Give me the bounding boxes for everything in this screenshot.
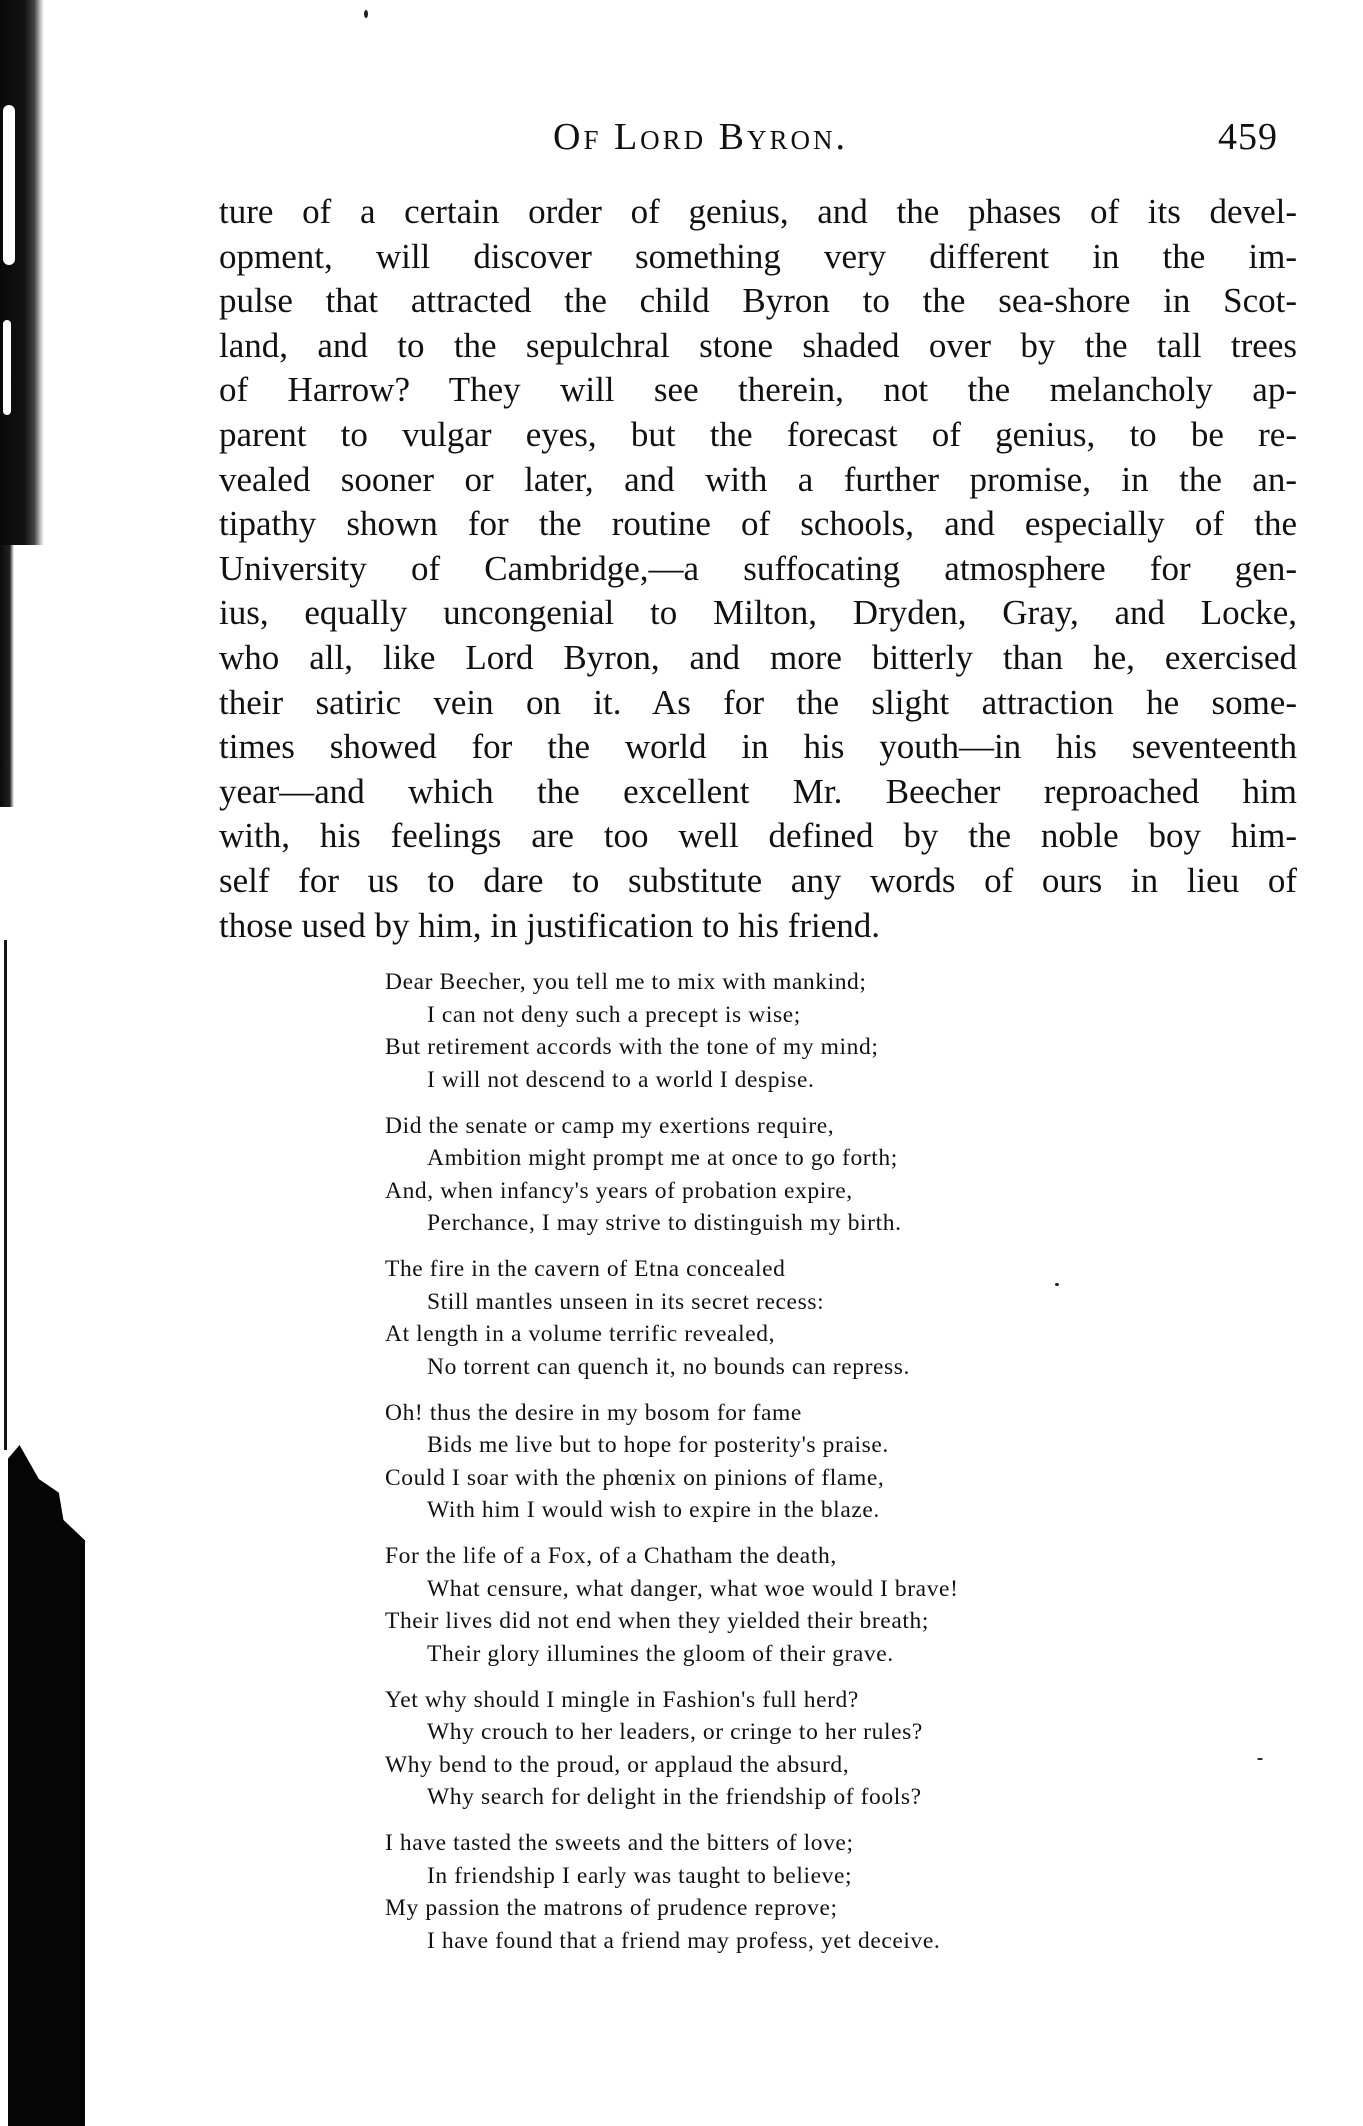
verse-line: I can not deny such a precept is wise; <box>385 999 959 1032</box>
verse-line: Their glory illumines the gloom of their… <box>385 1638 959 1671</box>
verse-line: Why bend to the proud, or applaud the ab… <box>385 1749 959 1782</box>
verse-line: What censure, what danger, what woe woul… <box>385 1573 959 1606</box>
binding-edge-line <box>4 940 7 1450</box>
body-line: year—and which the excellent Mr. Beecher… <box>219 770 1297 815</box>
poem-stanza: For the life of a Fox, of a Chatham the … <box>385 1540 959 1670</box>
body-paragraph: ture of a certain order of genius, and t… <box>219 190 1297 948</box>
verse-line: The fire in the cavern of Etna concealed <box>385 1253 959 1286</box>
verse-line: With him I would wish to expire in the b… <box>385 1494 959 1527</box>
poem-stanza: The fire in the cavern of Etna concealed… <box>385 1253 959 1383</box>
verse-line: Oh! thus the desire in my bosom for fame <box>385 1397 959 1430</box>
verse-line: Did the senate or camp my exertions requ… <box>385 1110 959 1143</box>
body-line: those used by him, in justification to h… <box>219 904 1297 949</box>
verse-line: Still mantles unseen in its secret reces… <box>385 1286 959 1319</box>
verse-line: And, when infancy's years of probation e… <box>385 1175 959 1208</box>
verse-line: I have found that a friend may profess, … <box>385 1925 959 1958</box>
verse-line: Ambition might prompt me at once to go f… <box>385 1142 959 1175</box>
body-line: ture of a certain order of genius, and t… <box>219 190 1297 235</box>
verse-line: Their lives did not end when they yielde… <box>385 1605 959 1638</box>
page-number: 459 <box>1218 118 1278 156</box>
poem-stanza: I have tasted the sweets and the bitters… <box>385 1827 959 1957</box>
body-line: University of Cambridge,—a suffocating a… <box>219 547 1297 592</box>
body-line: who all, like Lord Byron, and more bitte… <box>219 636 1297 681</box>
body-line: with, his feelings are too well defined … <box>219 814 1297 859</box>
body-line: vealed sooner or later, and with a furth… <box>219 458 1297 503</box>
body-line: ius, equally uncongenial to Milton, Dryd… <box>219 591 1297 636</box>
binding-highlight <box>3 320 11 415</box>
verse-line: No torrent can quench it, no bounds can … <box>385 1351 959 1384</box>
verse-line: At length in a volume terrific revealed, <box>385 1318 959 1351</box>
scan-speck <box>1257 1758 1263 1760</box>
binding-shadow-top <box>0 0 44 545</box>
binding-shadow-bottom <box>8 1445 85 2126</box>
verse-line: Dear Beecher, you tell me to mix with ma… <box>385 966 959 999</box>
verse-line: Yet why should I mingle in Fashion's ful… <box>385 1684 959 1717</box>
verse-line: Why crouch to her leaders, or cringe to … <box>385 1716 959 1749</box>
poem-stanza: Dear Beecher, you tell me to mix with ma… <box>385 966 959 1096</box>
verse-line: Bids me live but to hope for posterity's… <box>385 1429 959 1462</box>
poem-stanza: Yet why should I mingle in Fashion's ful… <box>385 1684 959 1814</box>
body-line: parent to vulgar eyes, but the forecast … <box>219 413 1297 458</box>
verse-line: I have tasted the sweets and the bitters… <box>385 1827 959 1860</box>
book-page: Of Lord Byron. 459 ture of a certain ord… <box>0 0 1363 2126</box>
binding-highlight <box>3 105 15 265</box>
verse-line: Why search for delight in the friendship… <box>385 1781 959 1814</box>
body-line: self for us to dare to substitute any wo… <box>219 859 1297 904</box>
verse-line: Could I soar with the phœnix on pinions … <box>385 1462 959 1495</box>
verse-line: In friendship I early was taught to beli… <box>385 1860 959 1893</box>
verse-line: My passion the matrons of prudence repro… <box>385 1892 959 1925</box>
verse-line: Perchance, I may strive to distinguish m… <box>385 1207 959 1240</box>
scan-speck <box>1055 1283 1059 1286</box>
body-line: opment, will discover something very dif… <box>219 235 1297 280</box>
poem-stanza: Oh! thus the desire in my bosom for fame… <box>385 1397 959 1527</box>
poem-stanza: Did the senate or camp my exertions requ… <box>385 1110 959 1240</box>
verse-line: I will not descend to a world I despise. <box>385 1064 959 1097</box>
running-title: Of Lord Byron. <box>553 118 848 156</box>
body-line: pulse that attracted the child Byron to … <box>219 279 1297 324</box>
body-line: land, and to the sepulchral stone shaded… <box>219 324 1297 369</box>
body-line: times showed for the world in his youth—… <box>219 725 1297 770</box>
verse-line: For the life of a Fox, of a Chatham the … <box>385 1540 959 1573</box>
body-line: tipathy shown for the routine of schools… <box>219 502 1297 547</box>
scan-speck <box>364 10 368 18</box>
verse-line: But retirement accords with the tone of … <box>385 1031 959 1064</box>
binding-shadow-middle <box>0 545 14 807</box>
body-line: their satiric vein on it. As for the sli… <box>219 681 1297 726</box>
body-line: of Harrow? They will see therein, not th… <box>219 368 1297 413</box>
poem: Dear Beecher, you tell me to mix with ma… <box>385 966 959 1971</box>
